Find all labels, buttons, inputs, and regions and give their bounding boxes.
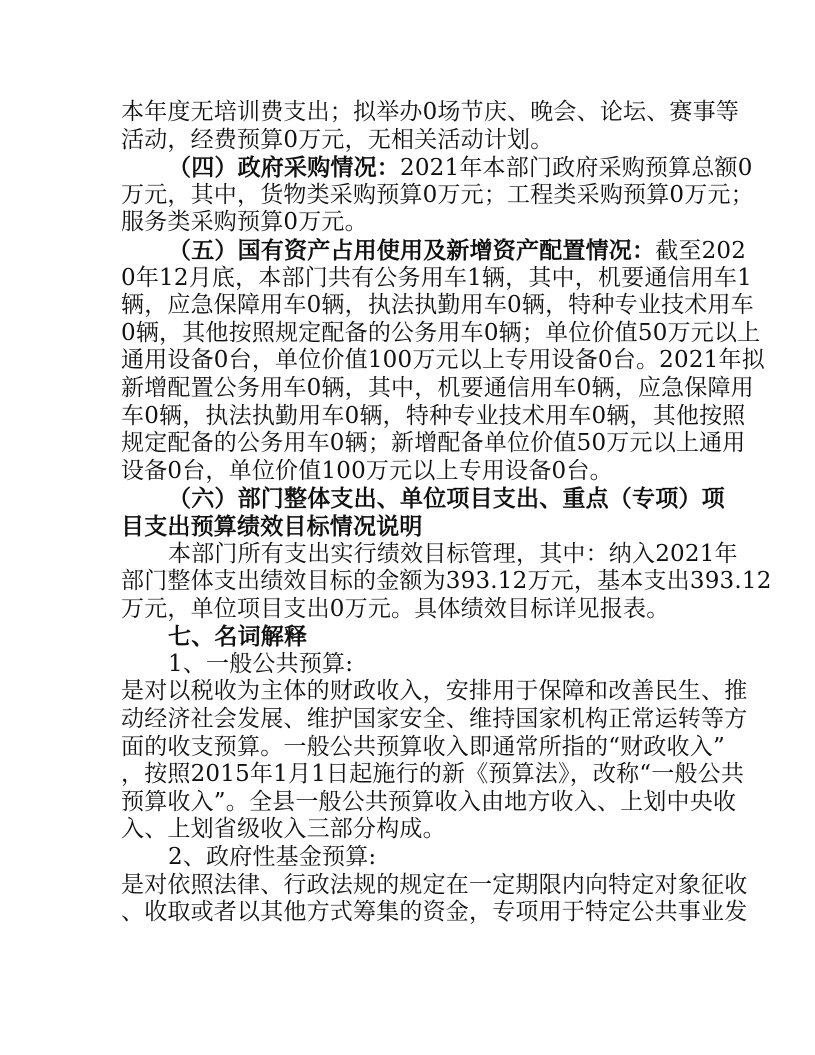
section-label: 七、名词解释 [168, 623, 307, 650]
text-line: 0辆，其他按照规定配备的公务用车0辆；单位价值50万元以上 [121, 320, 701, 348]
line-text: 0年12月底，本部门共有公务用车1辆，其中，机要通信用车1 [121, 265, 752, 291]
line-text: 通用设备0台，单位价值100万元以上专用设备0台。2021年拟 [121, 347, 765, 373]
text-line: 服务类采购预算0万元。 [121, 209, 701, 237]
text-line: 是对以税收为主体的财政收入，安排用于保障和改善民生、推 [121, 678, 701, 706]
text-line: 本部门所有支出实行绩效目标管理，其中：纳入2021年 [121, 541, 701, 569]
line-text: 截至202 [655, 238, 746, 264]
line-text: 是对以税收为主体的财政收入，安排用于保障和改善民生、推 [121, 678, 747, 704]
line-text: 万元，其中，货物类采购预算0万元；工程类采购预算0万元； [121, 182, 754, 208]
glossary-term-fund-budget: 2、政府性基金预算: [121, 844, 701, 872]
line-text: 辆，应急保障用车0辆，执法执勤用车0辆，特种专业技术用车 [121, 292, 754, 318]
section-heading-assets: （五）国有资产占用使用及新增资产配置情况：截至202 [121, 237, 701, 265]
line-text: 入、上划省级收入三部分构成。 [121, 816, 446, 842]
text-line: 车0辆，执法执勤用车0辆，特种专业技术用车0辆，其他按照 [121, 403, 701, 431]
term-label: 2、政府性基金预算: [168, 844, 376, 870]
line-text: 0辆，其他按照规定配备的公务用车0辆；单位价值50万元以上 [121, 320, 760, 346]
section-heading-glossary: 七、名词解释 [121, 623, 701, 651]
line-text: 、收取或者以其他方式筹集的资金，专项用于特定公共事业发 [121, 899, 747, 925]
section-label: 目支出预算绩效目标情况说明 [121, 513, 423, 540]
section-label: （六）部门整体支出、单位项目支出、重点（专项）项 [168, 485, 725, 512]
text-line: 面的收支预算。一般公共预算收入即通常所指的“财政收入” [121, 734, 701, 762]
line-text: 本部门所有支出实行绩效目标管理，其中：纳入2021年 [168, 541, 738, 567]
section-heading-performance: （六）部门整体支出、单位项目支出、重点（专项）项 [121, 485, 701, 513]
text-line: 辆，应急保障用车0辆，执法执勤用车0辆，特种专业技术用车 [121, 292, 701, 320]
line-text: 车0辆，执法执勤用车0辆，特种专业技术用车0辆，其他按照 [121, 403, 746, 429]
text-line: 是对依照法律、行政法规的规定在一定期限内向特定对象征收 [121, 872, 701, 900]
section-heading-procurement: （四）政府采购情况：2021年本部门政府采购预算总额0 [121, 154, 701, 182]
line-text: 预算收入”。全县一般公共预算收入由地方收入、上划中央收 [121, 789, 736, 815]
text-line: 入、上划省级收入三部分构成。 [121, 816, 701, 844]
glossary-term-general-budget: 1、一般公共预算: [121, 651, 701, 679]
text-line: ，按照2015年1月1日起施行的新《预算法》，改称“一般公共 [121, 761, 701, 789]
line-text: 2021年本部门政府采购预算总额0 [400, 155, 753, 181]
line-text: 服务类采购预算0万元。 [121, 209, 368, 235]
section-label: （五）国有资产占用使用及新增资产配置情况： [168, 237, 655, 264]
text-line: 规定配备的公务用车0辆；新增配备单位价值50万元以上通用 [121, 430, 701, 458]
text-line: 万元，其中，货物类采购预算0万元；工程类采购预算0万元； [121, 182, 701, 210]
term-label: 1、一般公共预算: [168, 651, 353, 677]
text-line: 新增配置公务用车0辆，其中，机要通信用车0辆，应急保障用 [121, 375, 701, 403]
line-text: 部门整体支出绩效目标的金额为393.12万元，基本支出393.12 [121, 568, 772, 594]
section-label: （四）政府采购情况： [168, 154, 400, 181]
line-text: 本年度无培训费支出；拟举办0场节庆、晚会、论坛、赛事等 [121, 99, 739, 125]
text-line: 设备0台，单位价值100万元以上专用设备0台。 [121, 458, 701, 486]
line-text: 面的收支预算。一般公共预算收入即通常所指的“财政收入” [121, 734, 725, 760]
line-text: 是对依照法律、行政法规的规定在一定期限内向特定对象征收 [121, 872, 747, 898]
text-line: 部门整体支出绩效目标的金额为393.12万元，基本支出393.12 [121, 568, 701, 596]
text-line: 活动，经费预算0万元，无相关活动计划。 [121, 127, 701, 155]
text-line: 0年12月底，本部门共有公务用车1辆，其中，机要通信用车1 [121, 265, 701, 293]
section-heading-performance-cont: 目支出预算绩效目标情况说明 [121, 513, 701, 541]
line-text: 活动，经费预算0万元，无相关活动计划。 [121, 127, 553, 153]
text-line: 本年度无培训费支出；拟举办0场节庆、晚会、论坛、赛事等 [121, 99, 701, 127]
line-text: 规定配备的公务用车0辆；新增配备单位价值50万元以上通用 [121, 430, 746, 456]
text-line: 预算收入”。全县一般公共预算收入由地方收入、上划中央收 [121, 789, 701, 817]
line-text: ，按照2015年1月1日起施行的新《预算法》，改称“一般公共 [121, 761, 744, 787]
document-page: 本年度无培训费支出；拟举办0场节庆、晚会、论坛、赛事等 活动，经费预算0万元，无… [121, 99, 701, 927]
text-line: 、收取或者以其他方式筹集的资金，专项用于特定公共事业发 [121, 899, 701, 927]
text-line: 通用设备0台，单位价值100万元以上专用设备0台。2021年拟 [121, 347, 701, 375]
text-line: 万元，单位项目支出0万元。具体绩效目标详见报表。 [121, 596, 701, 624]
line-text: 动经济社会发展、维护国家安全、维持国家机构正常运转等方 [121, 706, 747, 732]
line-text: 新增配置公务用车0辆，其中，机要通信用车0辆，应急保障用 [121, 375, 754, 401]
line-text: 设备0台，单位价值100万元以上专用设备0台。 [121, 458, 613, 484]
text-line: 动经济社会发展、维护国家安全、维持国家机构正常运转等方 [121, 706, 701, 734]
line-text: 万元，单位项目支出0万元。具体绩效目标详见报表。 [121, 596, 669, 622]
